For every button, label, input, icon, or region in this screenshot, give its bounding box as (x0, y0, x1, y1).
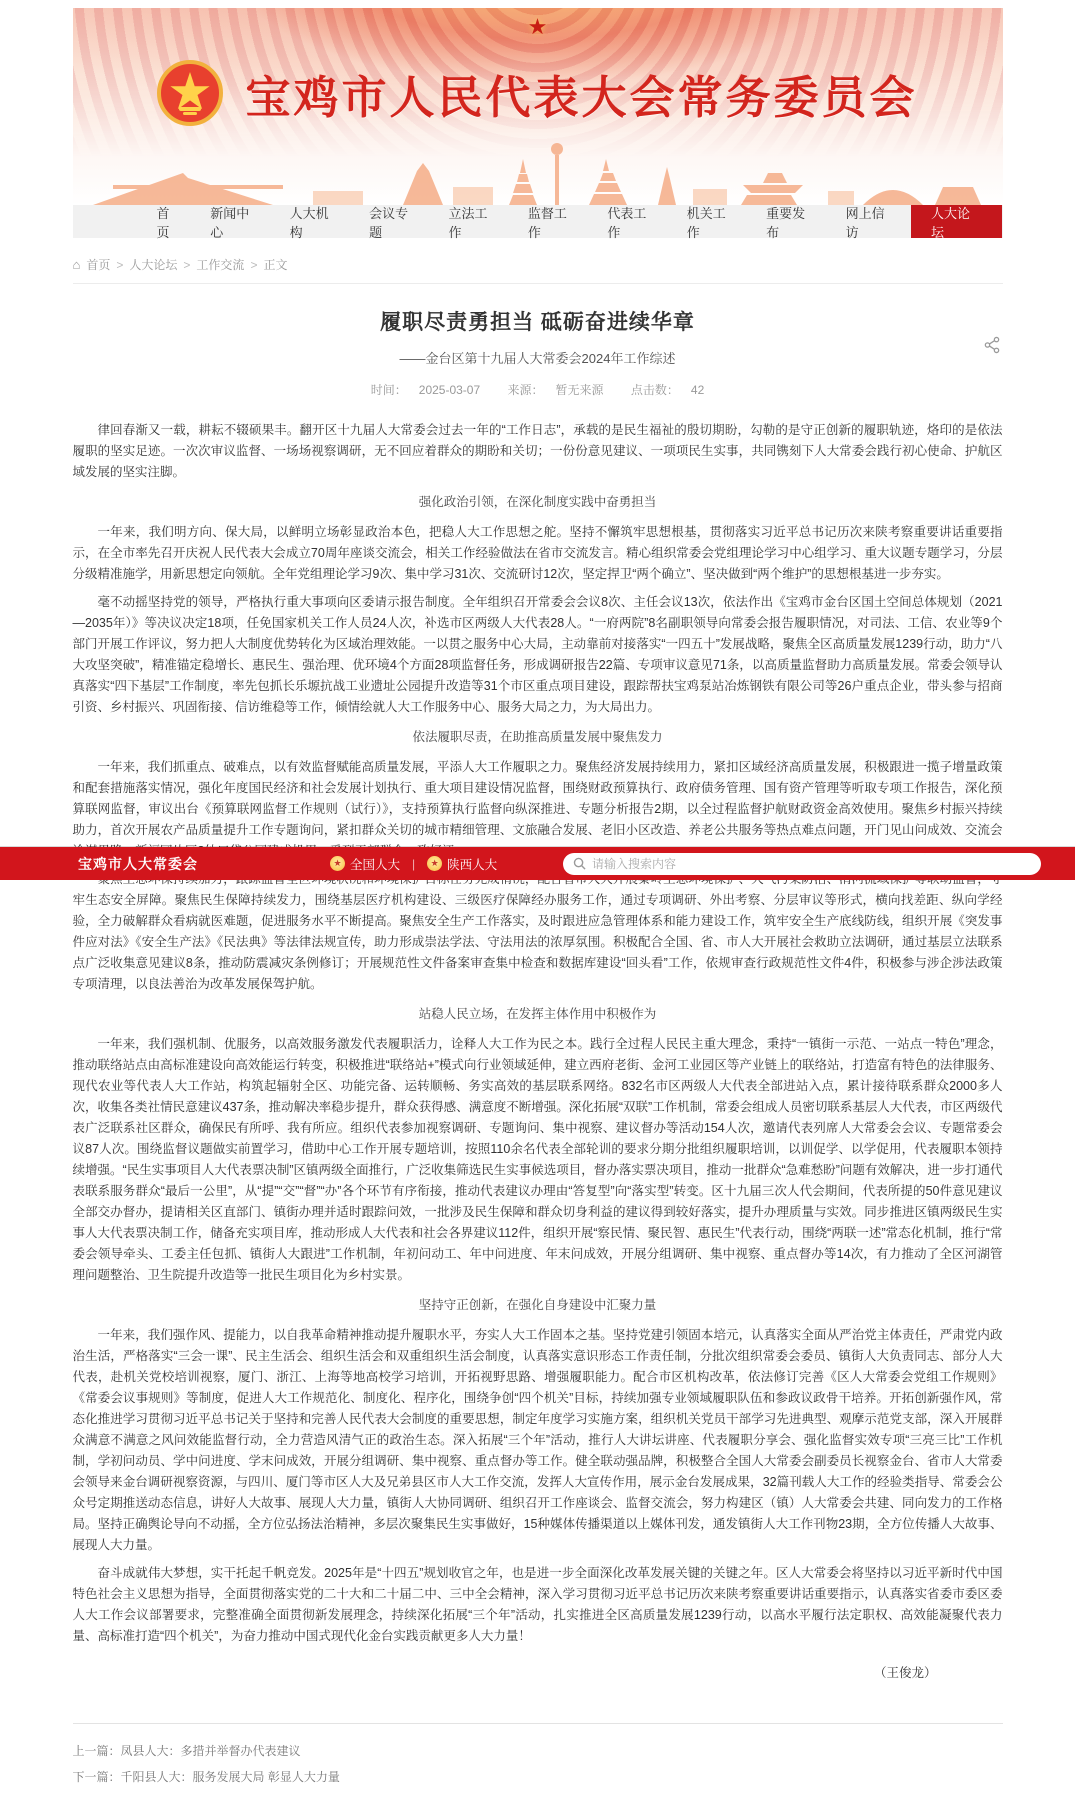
fixed-bar-separator: | (412, 857, 415, 871)
breadcrumb-item-正文[interactable]: 正文 (263, 256, 287, 273)
section-heading: 站稳人民立场，在发挥主体作用中积极作为 (73, 1004, 1003, 1025)
nav-item-新闻中心[interactable]: 新闻中心 (196, 205, 275, 238)
site-banner: ★ (73, 8, 1003, 205)
article-paragraph: 律回春渐又一载，耕耘不辍硕果丰。翻开区十九届人大常委会过去一年的“工作日志”，承… (73, 420, 1003, 483)
breadcrumb-item-工作交流[interactable]: 工作交流 (196, 256, 244, 273)
breadcrumb-item-人大论坛[interactable]: 人大论坛 (129, 256, 177, 273)
breadcrumb-item-首页[interactable]: 首页 (86, 256, 110, 273)
page-container: ★ (73, 0, 1003, 1820)
article-paragraph: 聚焦生态环保持续加力，跟踪监督全区环境状况和环境保护目标任务完成情况，配合省市人… (73, 869, 1003, 995)
nav-item-立法工作[interactable]: 立法工作 (434, 205, 513, 238)
red-star-icon: ★ (528, 14, 548, 40)
article-paragraph: 一年来，我们明方向、保大局，以鲜明立场彰显政治本色，把稳人大工作思想之舵。坚持不… (73, 522, 1003, 585)
meta-source: 来源：暂无来源 (502, 383, 610, 397)
fixed-bar-link-全国人大[interactable]: ★全国人大 (330, 855, 400, 873)
meta-time: 时间：2025-03-07 (365, 383, 486, 397)
national-emblem-icon (157, 60, 223, 126)
fixed-bar-links: ★全国人大|★陕西人大 (330, 855, 497, 873)
prev-article-link[interactable]: 上一篇：凤县人大：多措并举督办代表建议 (73, 1738, 1003, 1764)
nav-item-人大论坛[interactable]: 人大论坛 (911, 205, 1002, 238)
share-icon[interactable] (983, 336, 1001, 354)
breadcrumb-separator: > (183, 258, 190, 272)
article-paragraph: 一年来，我们强机制、优服务，以高效服务激发代表履职活力，诠释人大工作为民之本。践… (73, 1034, 1003, 1286)
prev-next-links: 上一篇：凤县人大：多措并举督办代表建议 下一篇：千阳县人大：服务发展大局 彰显人… (73, 1723, 1003, 1820)
search-input[interactable] (592, 857, 1031, 871)
article-signature: （王俊龙） (73, 1663, 1003, 1681)
next-article-link[interactable]: 下一篇：千阳县人大：服务发展大局 彰显人大力量 (73, 1764, 1003, 1790)
article-meta: 时间：2025-03-07 来源：暂无来源 点击数：42 (73, 381, 1003, 398)
breadcrumb: ⌂ 首页>人大论坛>工作交流>正文 (73, 242, 1003, 284)
article-paragraph: 奋斗成就伟大梦想，实干托起千帆竞发。2025年是“十四五”规划收官之年，也是进一… (73, 1563, 1003, 1647)
nav-item-代表工作[interactable]: 代表工作 (593, 205, 672, 238)
banner-skyline-art (73, 133, 1003, 205)
article-paragraph: 一年来，我们强作风、提能力，以自我革命精神推动提升履职水平，夯实人大工作固本之基… (73, 1325, 1003, 1556)
fixed-bar-link-陕西人大[interactable]: ★陕西人大 (427, 855, 497, 873)
banner-title-row: 宝鸡市人民代表大会常务委员会 (73, 60, 1003, 126)
nav-bar: 首页新闻中心人大机构会议专题立法工作监督工作代表工作机关工作重要发布网上信访人大… (73, 205, 1003, 238)
section-heading: 强化政治引领，在深化制度实践中奋勇担当 (73, 492, 1003, 513)
mini-emblem-icon: ★ (427, 856, 442, 871)
nav-item-人大机构[interactable]: 人大机构 (276, 205, 355, 238)
search-box[interactable] (563, 853, 1041, 875)
mini-emblem-icon: ★ (330, 856, 345, 871)
article-paragraph: 毫不动摇坚持党的领导，严格执行重大事项向区委请示报告制度。全年组织召开常委会会议… (73, 592, 1003, 718)
breadcrumb-separator: > (250, 258, 257, 272)
fixed-bar-link-label: 全国人大 (350, 855, 400, 873)
meta-hits: 点击数：42 (625, 383, 710, 397)
nav-item-监督工作[interactable]: 监督工作 (514, 205, 593, 238)
fixed-bar-link-label: 陕西人大 (447, 855, 497, 873)
article-body: 律回春渐又一载，耕耘不辍硕果丰。翻开区十九届人大常委会过去一年的“工作日志”，承… (73, 420, 1003, 1647)
article-subtitle: ——金台区第十九届人大常委会2024年工作综述 (73, 348, 1003, 367)
article-header: 履职尽责勇担当 砥砺奋进续华章 ——金台区第十九届人大常委会2024年工作综述 … (73, 284, 1003, 398)
nav-item-会议专题[interactable]: 会议专题 (355, 205, 434, 238)
section-heading: 坚持守正创新，在强化自身建设中汇聚力量 (73, 1295, 1003, 1316)
nav-item-重要发布[interactable]: 重要发布 (752, 205, 831, 238)
fixed-site-bar: 宝鸡市人大常委会 ★全国人大|★陕西人大 (0, 847, 1075, 880)
section-heading: 依法履职尽责，在助推高质量发展中聚焦发力 (73, 727, 1003, 748)
fixed-bar-site-name: 宝鸡市人大常委会 (78, 854, 198, 874)
breadcrumb-separator: > (116, 258, 123, 272)
nav-item-机关工作[interactable]: 机关工作 (673, 205, 752, 238)
search-icon (573, 857, 586, 870)
nav-item-首页[interactable]: 首页 (143, 205, 197, 238)
home-icon: ⌂ (73, 257, 81, 272)
nav-item-网上信访[interactable]: 网上信访 (832, 205, 911, 238)
site-title: 宝鸡市人民代表大会常务委员会 (245, 61, 917, 126)
page-title: 履职尽责勇担当 砥砺奋进续华章 (73, 306, 1003, 336)
